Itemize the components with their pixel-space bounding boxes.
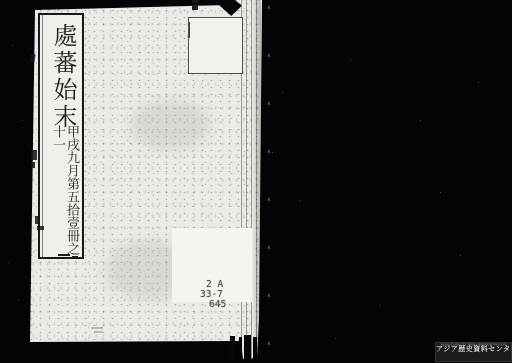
call-number-line: 645 [200,300,226,310]
edge-tear-mark [37,226,44,230]
call-number-text: 2 A 33-7 645 [200,260,234,310]
scanned-page: 處蕃始末 甲戌九月第五拾壹冊之十一 2 A 33 [0,0,512,363]
title-slip-inner-border [42,15,43,257]
stitch-holes [268,6,270,356]
title-slip-volume: 第五拾壹冊 [64,177,79,242]
binding-tape-mark [253,337,257,361]
ink-dash [58,254,70,256]
pencil-smudge [91,327,103,329]
illegible-stamp-mark [192,6,198,10]
binding-tape-mark [230,336,235,362]
scan-noise-specks [0,0,1,1]
title-slip-date: 甲戌九月 [64,125,79,177]
edge-tear-mark [35,216,40,224]
pencil-smudge [94,331,103,333]
title-slip-subtitle: 甲戌九月第五拾壹冊之十一 [44,125,78,255]
call-number-label: 2 A 33-7 645 [172,228,252,302]
binding-strip [241,0,261,358]
binding-tape-mark [239,337,242,362]
edge-tear-mark [31,162,35,168]
title-slip: 處蕃始末 甲戌九月第五拾壹冊之十一 [38,13,84,259]
jacar-watermark: アジア歴史資料センター Japan Center for Asian Histo… [435,342,512,362]
jacar-watermark-title-en: Japan Center for Asian Historical Record… [436,343,511,347]
classification-label [188,17,243,74]
paper-blotch [130,100,210,150]
faint-stroke [189,22,190,38]
ink-dash [72,256,78,258]
edge-tear-mark [31,150,37,160]
illegible-stamp-mark [192,0,198,3]
title-slip-main-title: 處蕃始末 [50,23,76,131]
binding-tape-mark [244,335,251,362]
